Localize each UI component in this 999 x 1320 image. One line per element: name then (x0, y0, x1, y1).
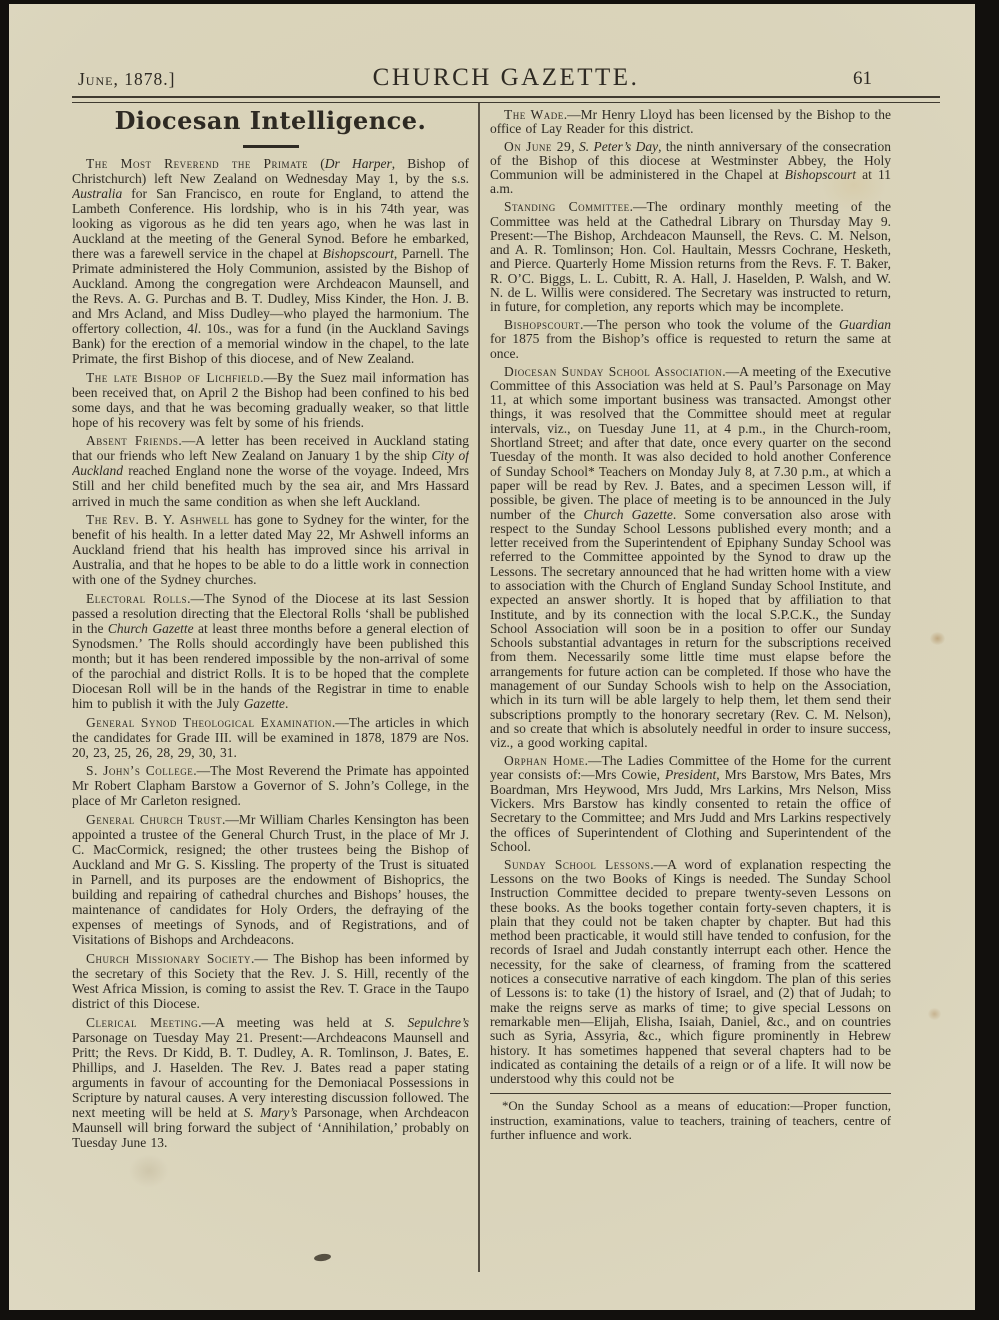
section-heading: Diocesan Intelligence. (72, 106, 469, 135)
text-run: The Wade (504, 107, 564, 122)
text-run: , (571, 139, 579, 154)
page: June, 1878.] CHURCH GAZETTE. 61 Diocesan… (9, 4, 975, 1310)
text-run: The Most Reverend the Primate (86, 156, 308, 171)
scanned-newspaper-page: { "colors": { "frame": "#12100d", "paper… (0, 0, 999, 1320)
text-run: S. Peter’s Day (579, 139, 658, 154)
text-run: Australia (72, 186, 122, 201)
article-paragraph: S. John’s College.—The Most Reverend the… (72, 763, 469, 808)
left-column-paragraphs: The Most Reverend the Primate (Dr Harper… (72, 156, 469, 1151)
footnote-text: *On the Sunday School as a means of educ… (490, 1099, 891, 1142)
article-paragraph: Absent Friends.—A letter has been receiv… (72, 433, 469, 508)
text-run: .—Mr William Charles Kensington has been… (72, 812, 469, 947)
article-paragraph: Bishopscourt.—The person who took the vo… (490, 318, 891, 361)
text-run: Standing Committee (504, 199, 630, 214)
article-paragraph: Church Missionary Society.— The Bishop h… (72, 951, 469, 1011)
text-run: Dr Harper (325, 156, 392, 171)
article-paragraph: On June 29, S. Peter’s Day, the ninth an… (490, 140, 891, 197)
text-run: Church Gazette (108, 621, 194, 636)
text-run: .—A word of explanation respecting the L… (490, 857, 891, 1086)
text-run: Sunday School Lessons (504, 857, 650, 872)
text-run: reached England none the worse of the vo… (72, 463, 469, 508)
article-paragraph: General Church Trust.—Mr William Charles… (72, 812, 469, 947)
article-paragraph: Electoral Rolls.—The Synod of the Dioces… (72, 591, 469, 711)
text-run: ( (308, 156, 325, 171)
text-run: S. John’s College (86, 763, 193, 778)
text-run: S. Mary’s (244, 1105, 298, 1120)
column-divider (478, 102, 480, 1272)
page-number: 61 (853, 68, 872, 90)
text-run: Church Gazette (583, 507, 672, 522)
paper-stain (930, 632, 945, 645)
article-paragraph: The late Bishop of Lichfield.—By the Sue… (72, 370, 469, 430)
right-column: The Wade.—Mr Henry Lloyd has been licens… (490, 104, 891, 1306)
article-paragraph: Orphan Home.—The Ladies Committee of the… (490, 754, 891, 854)
text-run: Church Missionary Society (86, 951, 251, 966)
text-run: Bishopscourt (504, 317, 580, 332)
text-run: Absent Friends (86, 433, 178, 448)
footnote: *On the Sunday School as a means of educ… (490, 1093, 891, 1142)
gazette-title: CHURCH GAZETTE. (72, 64, 940, 92)
text-run: . (285, 696, 288, 711)
text-run: General Church Trust (86, 812, 222, 827)
text-run: Gazette (244, 696, 285, 711)
article-paragraph: The Rev. B. Y. Ashwell has gone to Sydne… (72, 512, 469, 587)
text-run: Bishopscourt (323, 246, 394, 261)
text-run: .—The ordinary monthly meeting of the Co… (490, 199, 891, 314)
text-run: Orphan Home (504, 753, 585, 768)
text-run: Clerical Meeting (86, 1015, 198, 1030)
text-run: .—A meeting of the Executive Committee o… (490, 364, 891, 522)
text-run: Guardian (839, 317, 891, 332)
article-paragraph: Sunday School Lessons.—A word of explana… (490, 858, 891, 1087)
text-run: President (665, 767, 716, 782)
text-run: The late Bishop of Lichfield (86, 370, 260, 385)
right-column-paragraphs: The Wade.—Mr Henry Lloyd has been licens… (490, 108, 891, 1087)
header-rule (72, 96, 940, 103)
text-run: .—The person who took the volume of the (580, 317, 839, 332)
article-paragraph: The Wade.—Mr Henry Lloyd has been licens… (490, 108, 891, 137)
text-run: . Some conversation also arose with resp… (490, 507, 891, 751)
text-run: General Synod Theological Examination (86, 715, 332, 730)
text-run: Bishopscourt (785, 167, 856, 182)
page-header: June, 1878.] CHURCH GAZETTE. 61 (72, 54, 940, 92)
article-paragraph: Standing Committee.—The ordinary monthly… (490, 200, 891, 314)
article-paragraph: Diocesan Sunday School Association.—A me… (490, 365, 891, 751)
text-run: .—A meeting was held at (198, 1015, 385, 1030)
text-run: S. Sepulchre’s (385, 1015, 469, 1030)
paper-stain (928, 1008, 941, 1020)
section-heading-rule (243, 145, 299, 148)
text-run: Diocesan Sunday School Association (504, 364, 722, 379)
article-paragraph: Clerical Meeting.—A meeting was held at … (72, 1015, 469, 1150)
left-column: Diocesan Intelligence. The Most Reverend… (72, 104, 469, 1304)
text-run: Electoral Rolls (86, 591, 187, 606)
article-paragraph: General Synod Theological Examination.—T… (72, 715, 469, 760)
text-run: The Rev. B. Y. Ashwell (86, 512, 229, 527)
text-run: On June 29 (504, 139, 571, 154)
text-run: for 1875 from the Bishop’s office is req… (490, 331, 891, 360)
article-paragraph: The Most Reverend the Primate (Dr Harper… (72, 156, 469, 367)
